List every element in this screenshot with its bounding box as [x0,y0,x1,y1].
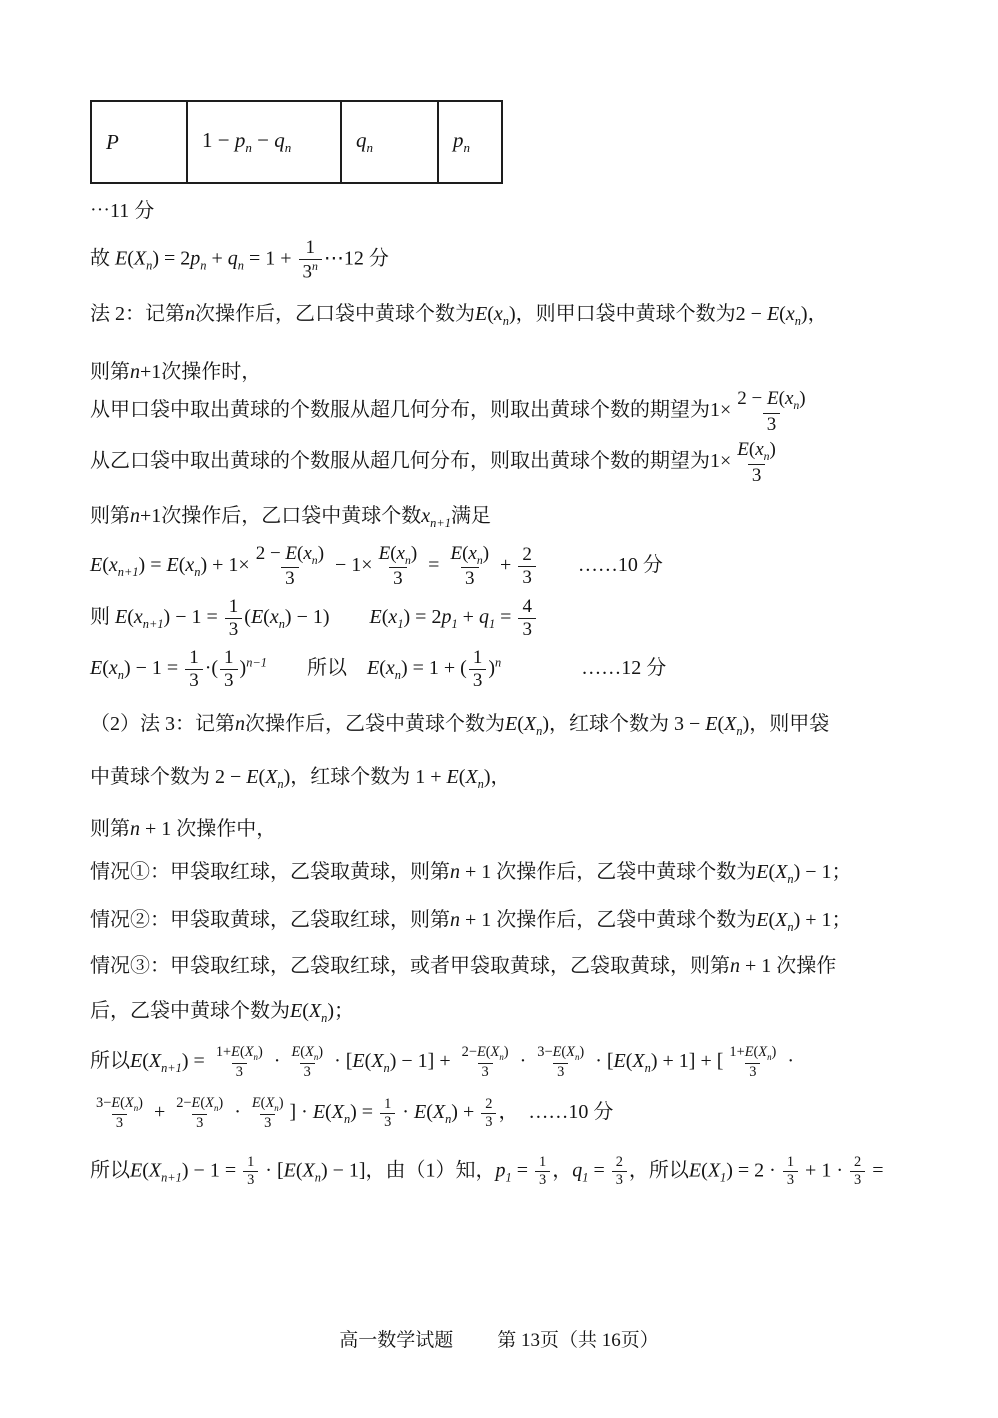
footer-course-title: 高一数学试题 [339,1330,453,1351]
table-row: P 1 − pn − qn qn pn [91,101,502,183]
case-3a: 情况③：甲袋取红球，乙袋取红球，或者甲袋取黄球，乙袋取黄球，则第n + 1 次操… [90,951,928,982]
recurrence-formula-10: E(xn+1) = E(xn) + 1×2 − E(xn)3 − 1×E(xn)… [90,543,928,590]
final-derivation: 所以E(Xn+1) − 1 = 13 · [E(Xn) − 1]，由（1）知，p… [90,1154,928,1190]
method3-intro-1: （2）法 3：记第n次操作后，乙袋中黄球个数为E(Xn)，红球个数为 3 − E… [90,709,928,741]
cell-1-minus-pn-minus-qn: 1 − pn − qn [187,101,341,183]
method2-step: 则第n+1次操作时， [90,357,928,388]
case-3b: 后，乙袋中黄球个数为E(Xn)； [90,996,928,1028]
page-footer: 高一数学试题第 13页（共 16页） [0,1325,998,1352]
footer-page-number: 第 13页（共 16页） [497,1330,659,1351]
cell-pn: pn [438,101,502,183]
total-expectation-1: 所以E(Xn+1) = 1+E(Xn)3 · E(Xn)3 · [E(Xn) −… [90,1044,928,1081]
total-expectation-2: 3−E(Xn)3 + 2−E(Xn)3 · E(Xn)3] · E(Xn) = … [90,1095,928,1132]
recurrence-setup: 则第n+1次操作后，乙口袋中黄球个数xn+1满足 [90,501,928,533]
case-2: 情况②：甲袋取黄球，乙袋取红球，则第n + 1 次操作后，乙袋中黄球个数为E(X… [90,905,928,937]
expectation-formula-12: 故 E(Xn) = 2pn + qn = 1 + 13n⋯12 分 [90,237,928,283]
general-term-12: E(xn) − 1 = 13·(13)n−1 所以 E(xn) = 1 + (1… [90,647,928,692]
hypergeometric-bag-a: 从甲口袋中取出黄球的个数服从超几何分布，则取出黄球个数的期望为1×2 − E(x… [90,388,928,435]
cell-p-label: P [91,101,187,183]
method3-intro-2: 中黄球个数为 2 − E(Xn)，红球个数为 1 + E(Xn)， [90,762,928,794]
score-mark-11: ⋯11 分 [90,196,928,227]
hypergeometric-bag-b: 从乙口袋中取出黄球的个数服从超几何分布，则取出黄球个数的期望为1×E(xn)3 [90,439,928,486]
geometric-transform: 则 E(xn+1) − 1 = 13(E(xn) − 1) E(x1) = 2p… [90,596,928,641]
document-page: P 1 − pn − qn qn pn ⋯11 分 故 E(Xn) = 2pn … [0,0,998,1418]
case-1: 情况①：甲袋取红球，乙袋取黄球，则第n + 1 次操作后，乙袋中黄球个数为E(X… [90,857,928,889]
method3-step: 则第n + 1 次操作中， [90,814,928,845]
cell-qn: qn [341,101,438,183]
probability-distribution-table: P 1 − pn − qn qn pn [90,100,503,184]
method2-intro: 法 2：记第n次操作后，乙口袋中黄球个数为E(xn)，则甲口袋中黄球个数为2 −… [90,299,928,331]
